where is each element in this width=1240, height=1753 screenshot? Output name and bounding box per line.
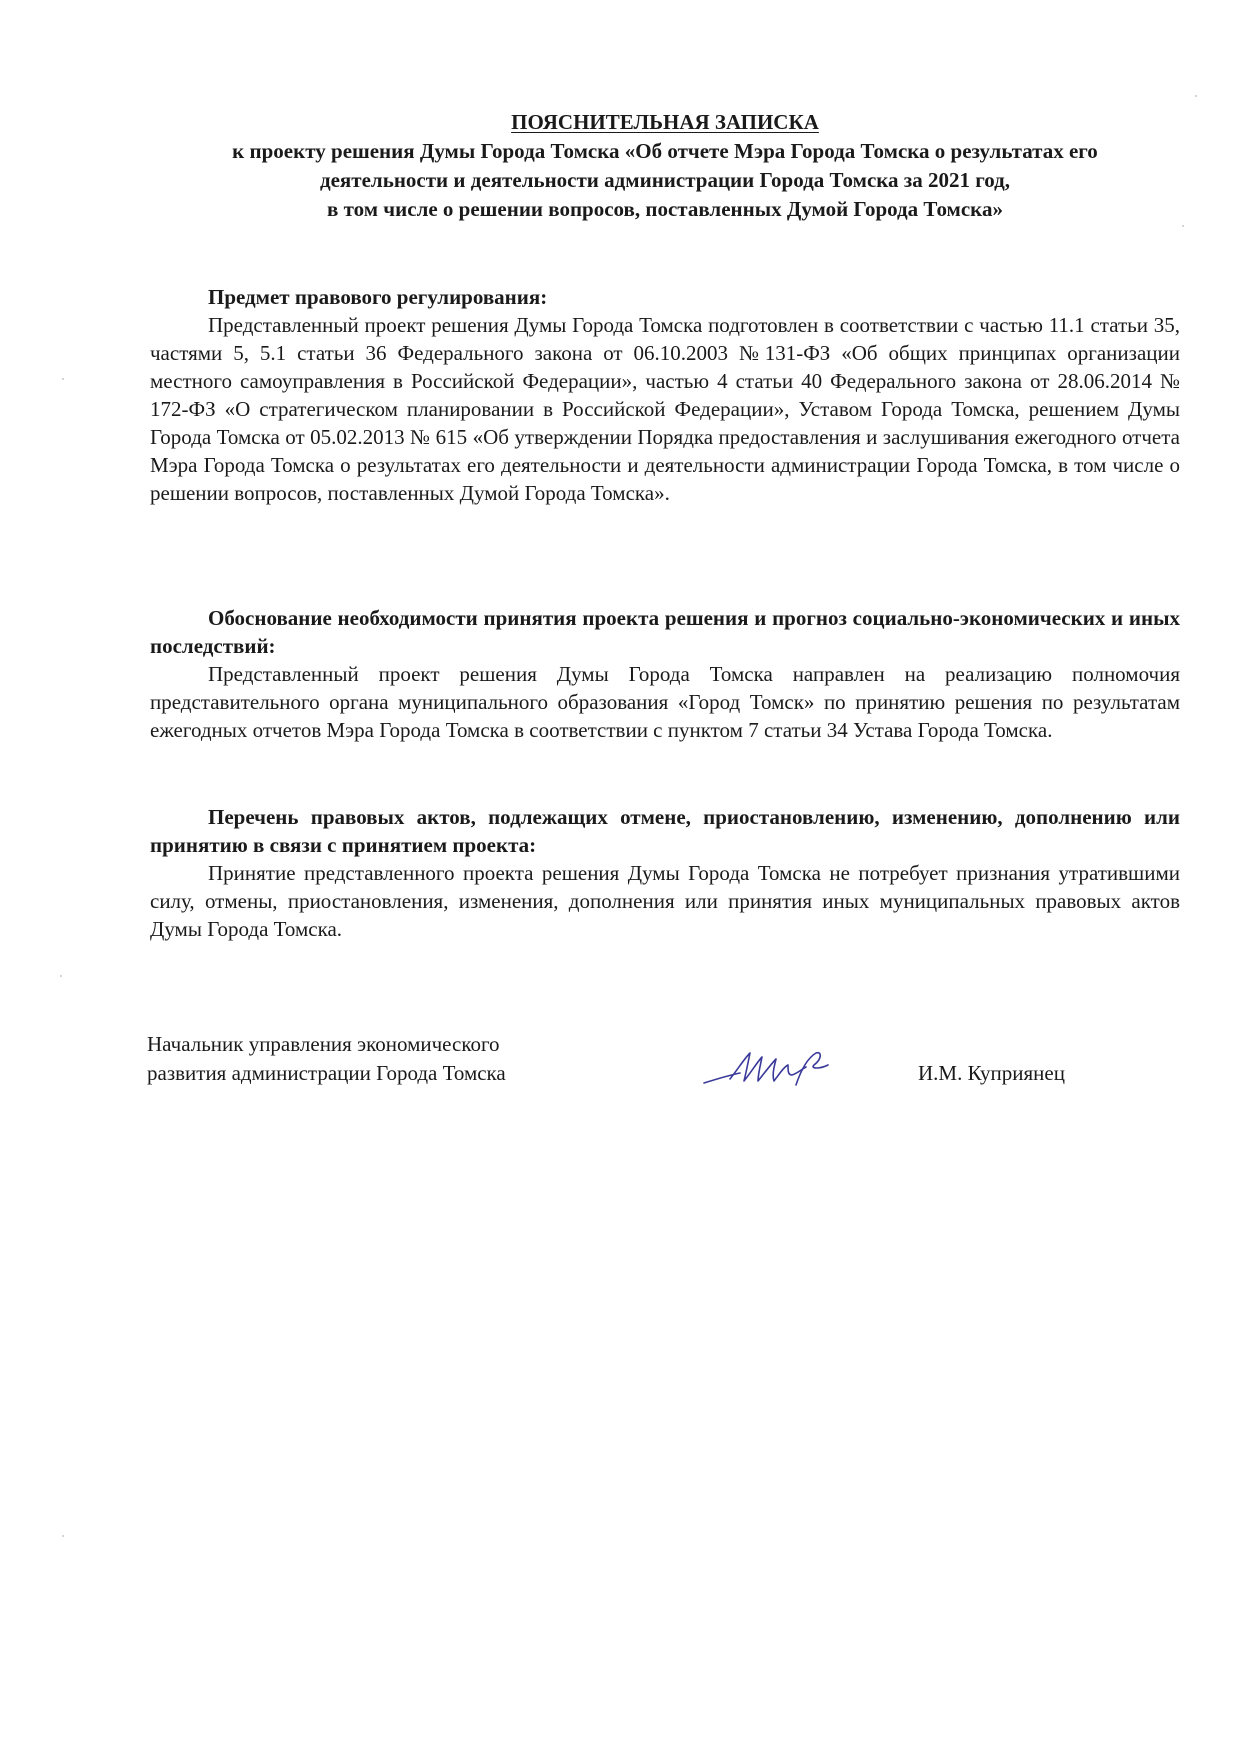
- section-justification: Обоснование необходимости принятия проек…: [150, 604, 1180, 744]
- signer-position-line-2: развития администрации Города Томска: [147, 1059, 506, 1088]
- signer-position: Начальник управления экономического разв…: [147, 1030, 506, 1088]
- scan-artifact: [1195, 95, 1197, 97]
- section-paragraph: Представленный проект решения Думы Город…: [150, 660, 1180, 744]
- signer-position-line-1: Начальник управления экономического: [147, 1030, 506, 1059]
- document-header: ПОЯСНИТЕЛЬНАЯ ЗАПИСКА к проекту решения …: [150, 108, 1180, 224]
- document-title: ПОЯСНИТЕЛЬНАЯ ЗАПИСКА: [150, 108, 1180, 137]
- handwritten-signature-icon: [700, 1045, 850, 1090]
- document-subtitle-line-2: деятельности и деятельности администраци…: [150, 166, 1180, 195]
- scan-artifact: [60, 975, 62, 977]
- section-heading: Обоснование необходимости принятия проек…: [150, 604, 1180, 660]
- section-legal-regulation: Предмет правового регулирования: Предста…: [150, 283, 1180, 507]
- document-subtitle-line-1: к проекту решения Думы Города Томска «Об…: [150, 137, 1180, 166]
- scan-artifact: [62, 378, 64, 380]
- section-heading: Предмет правового регулирования:: [150, 283, 1180, 311]
- section-heading: Перечень правовых актов, подлежащих отме…: [150, 803, 1180, 859]
- scan-artifact: [1182, 225, 1184, 227]
- scan-artifact: [62, 1535, 64, 1537]
- section-legal-acts-list: Перечень правовых актов, подлежащих отме…: [150, 803, 1180, 943]
- document-subtitle-line-3: в том числе о решении вопросов, поставле…: [150, 195, 1180, 224]
- section-paragraph: Принятие представленного проекта решения…: [150, 859, 1180, 943]
- document-page: ПОЯСНИТЕЛЬНАЯ ЗАПИСКА к проекту решения …: [0, 0, 1240, 1753]
- section-paragraph: Представленный проект решения Думы Город…: [150, 311, 1180, 507]
- signer-name: И.М. Куприянец: [918, 1059, 1065, 1088]
